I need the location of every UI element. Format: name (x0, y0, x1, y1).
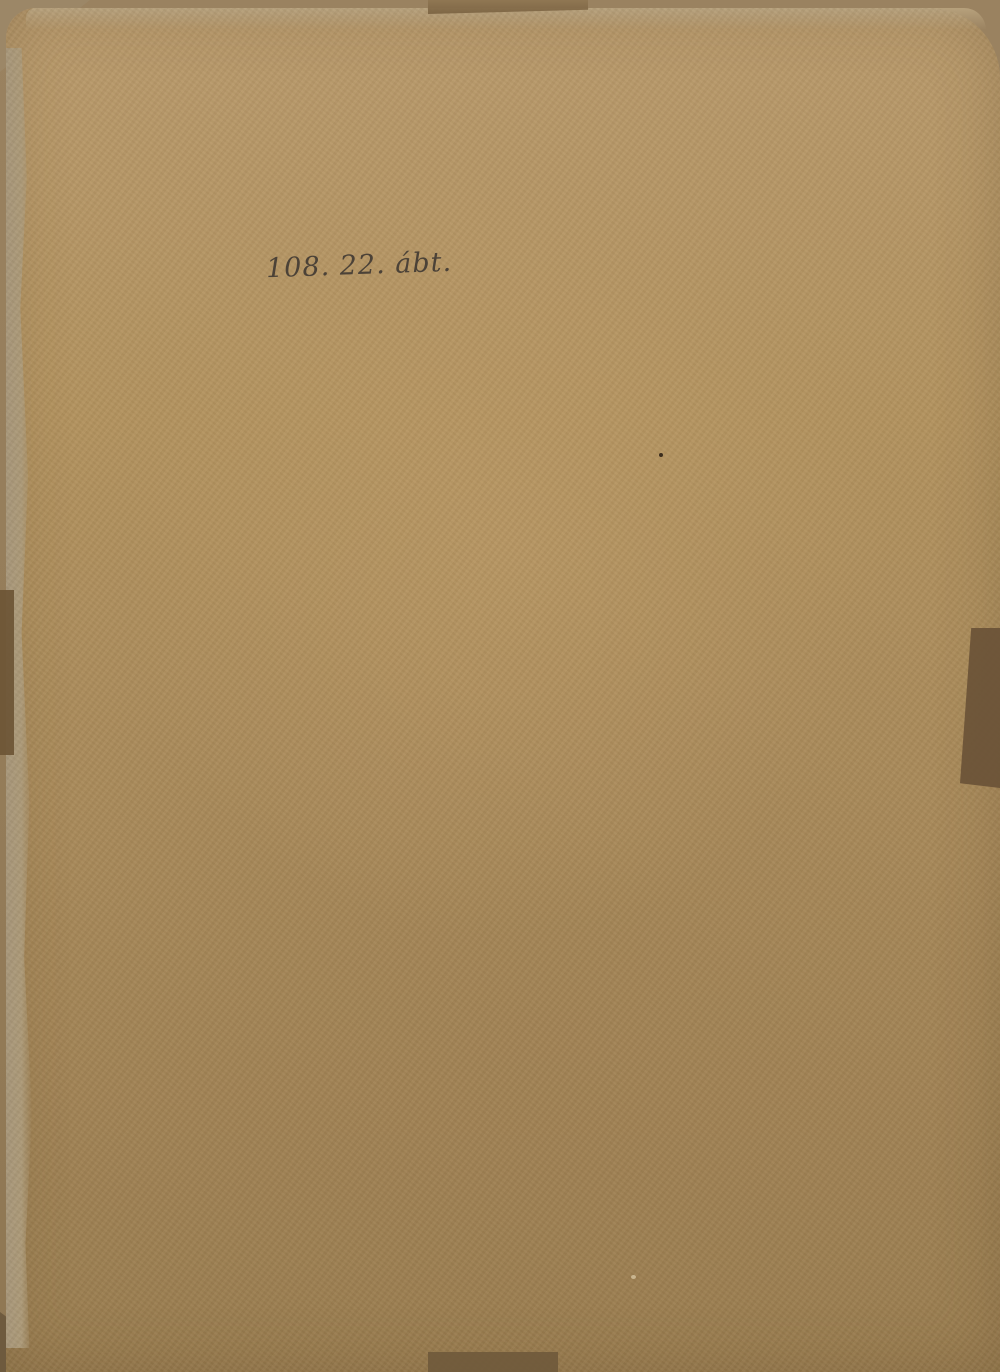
handwritten-inventory-note: 108. 22. ábt. (266, 247, 453, 284)
photo-scene: 108. 22. ábt. (0, 0, 1000, 1372)
paper-speck-dark (659, 453, 663, 457)
paper-texture (6, 8, 1000, 1372)
tape-strip-left (0, 590, 14, 755)
tape-strip-bottom (428, 1352, 558, 1372)
paper-speck-light (631, 1275, 636, 1279)
paper-sheet (6, 8, 1000, 1372)
